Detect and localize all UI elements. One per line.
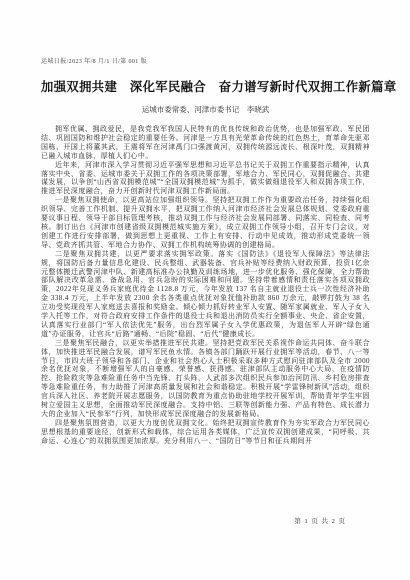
- page-number-footer: 第 1 页 共 2 页: [294, 516, 346, 525]
- article-body: 拥军优属、拥政爱民，是我党我军我国人民特有的优良传统和政治优势，也是加强军政、军…: [41, 125, 370, 519]
- paragraph-point-3: 三是聚焦军民融合，以更实举措推进军民共建。坚持把党政军民关系视作命运共同体、奋斗…: [41, 339, 370, 419]
- paragraph-intro: 拥军优属、拥政爱民，是我党我军我国人民特有的优良传统和政治优势，也是加强军政、军…: [41, 125, 370, 161]
- masthead-source-date: 运城日报/2023 年/8 月/1 日/第 001 版: [41, 56, 370, 65]
- article-title: 加强双拥共建 深化军民融合 奋力谱写新时代双拥工作新篇章: [41, 77, 370, 95]
- paragraph-point-1: 一是聚焦双拥使命，以更高站位加强组织领导。坚持把双拥工作作为重要政治任务，持续强…: [41, 196, 370, 249]
- newspaper-page: 运城日报/2023 年/8 月/1 日/第 001 版 加强双拥共建 深化军民融…: [0, 0, 410, 580]
- paragraph-overview: 近年来，河津市深入学习贯彻习近平强军思想和习近平总书记关于双拥工作重要指示精神，…: [41, 161, 370, 197]
- article-byline: 运城市委常委、河津市委书记 李晓武: [41, 104, 370, 115]
- paragraph-point-2: 二是聚焦双拥共建，以更严要求落实拥军政策。落实《国防法》《退役军人保障法》等法律…: [41, 250, 370, 339]
- paragraph-point-4-truncated: 四是聚焦氛围营造，以更大力度创优双拥文化。始终把双拥宣传教育作为夯实军政合力军民…: [41, 419, 370, 446]
